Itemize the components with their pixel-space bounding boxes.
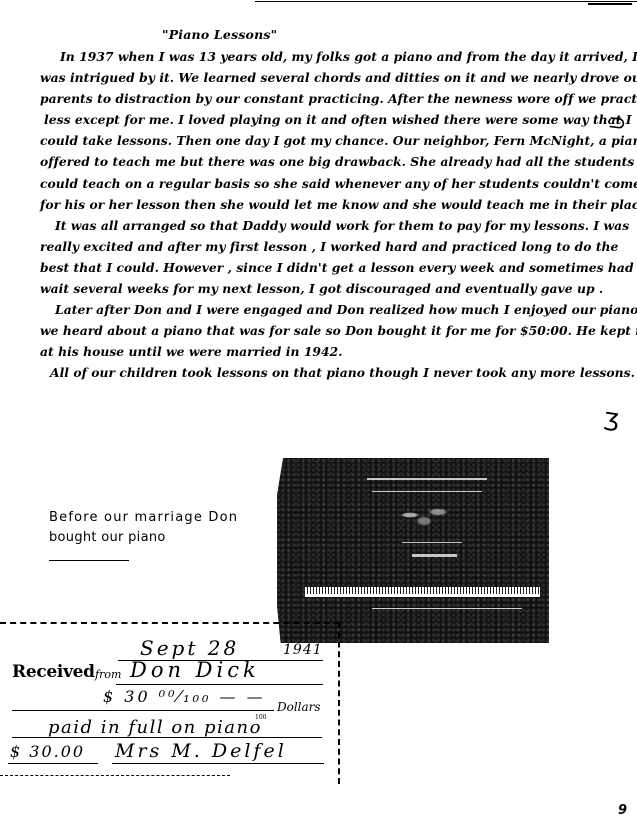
margin-bracket-mark: Ʒ [601, 407, 621, 437]
body-line: at his house until we were married in 19… [40, 341, 585, 362]
receipt-year: 1941 [283, 642, 323, 658]
from-label: from [95, 668, 121, 681]
body-line: Later after Don and I were engaged and D… [40, 299, 585, 320]
receipt-bottom-edge [0, 775, 230, 776]
body-line: we heard about a piano that was for sale… [40, 320, 585, 341]
received-label: Received [12, 662, 95, 682]
photo-highlight [367, 478, 487, 480]
piano-photo [277, 458, 549, 643]
body-line: All of our children took lessons on that… [40, 362, 585, 383]
top-edge-rule [255, 1, 637, 2]
payer-line [116, 684, 323, 685]
photo-caption: Before our marriage Don bought our piano [49, 508, 238, 561]
piano-keyboard-edge [305, 594, 540, 597]
body-line: best that I could. However , since I did… [40, 257, 585, 278]
photo-highlight [372, 608, 522, 609]
receipt: Sept 28 1941 Received from Don Dick $ 30… [0, 622, 340, 784]
body-line: parents to distraction by our constant p… [40, 88, 585, 109]
page-number: 9 [618, 803, 627, 818]
caption-line: bought our piano [49, 528, 238, 548]
photo-edge [277, 458, 283, 643]
receipt-date: Sept 28 [140, 636, 239, 660]
photo-highlight [402, 542, 462, 543]
photo-highlight [412, 554, 457, 557]
body-line: could teach on a regular basis so she sa… [40, 173, 585, 194]
receipt-memo: paid in full on piano [48, 717, 262, 738]
body-line: It was all arranged so that Daddy would … [40, 215, 585, 236]
piano-carving [389, 500, 459, 530]
receipt-amount-words: $ 30 ⁰⁰⁄₁₀₀ — — [103, 687, 266, 706]
amount-figure-line [8, 763, 98, 764]
amount-words-line [12, 710, 274, 711]
document-title: "Piano Lessons" [162, 27, 277, 42]
body-line: was intrigued by it. We learned several … [40, 67, 585, 88]
dollars-label: Dollars [277, 700, 321, 714]
body-line: could take lessons. Then one day I got m… [40, 130, 585, 151]
body-line: less except for me. I loved playing on i… [40, 109, 585, 130]
top-edge-rule-right [588, 3, 632, 5]
caption-underline [49, 560, 129, 561]
piano-keyboard [305, 587, 540, 594]
body-line: really excited and after my first lesson… [40, 236, 585, 257]
body-line: wait several weeks for my next lesson, I… [40, 278, 585, 299]
body-line: for his or her lesson then she would let… [40, 194, 585, 215]
photo-highlight [372, 491, 482, 492]
receipt-amount-figure: $ 30.00 [10, 742, 85, 761]
margin-bracket-mark: ⊃ [606, 110, 628, 137]
caption-line: Before our marriage Don [49, 508, 238, 528]
receipt-payer: Don Dick [130, 658, 260, 682]
body-line: In 1937 when I was 13 years old, my folk… [40, 46, 585, 67]
signature-line [112, 763, 324, 764]
body-line: offered to teach me but there was one bi… [40, 151, 585, 172]
receipt-signature: Mrs M. Delfel [115, 740, 287, 762]
document-body: In 1937 when I was 13 years old, my folk… [40, 46, 585, 384]
